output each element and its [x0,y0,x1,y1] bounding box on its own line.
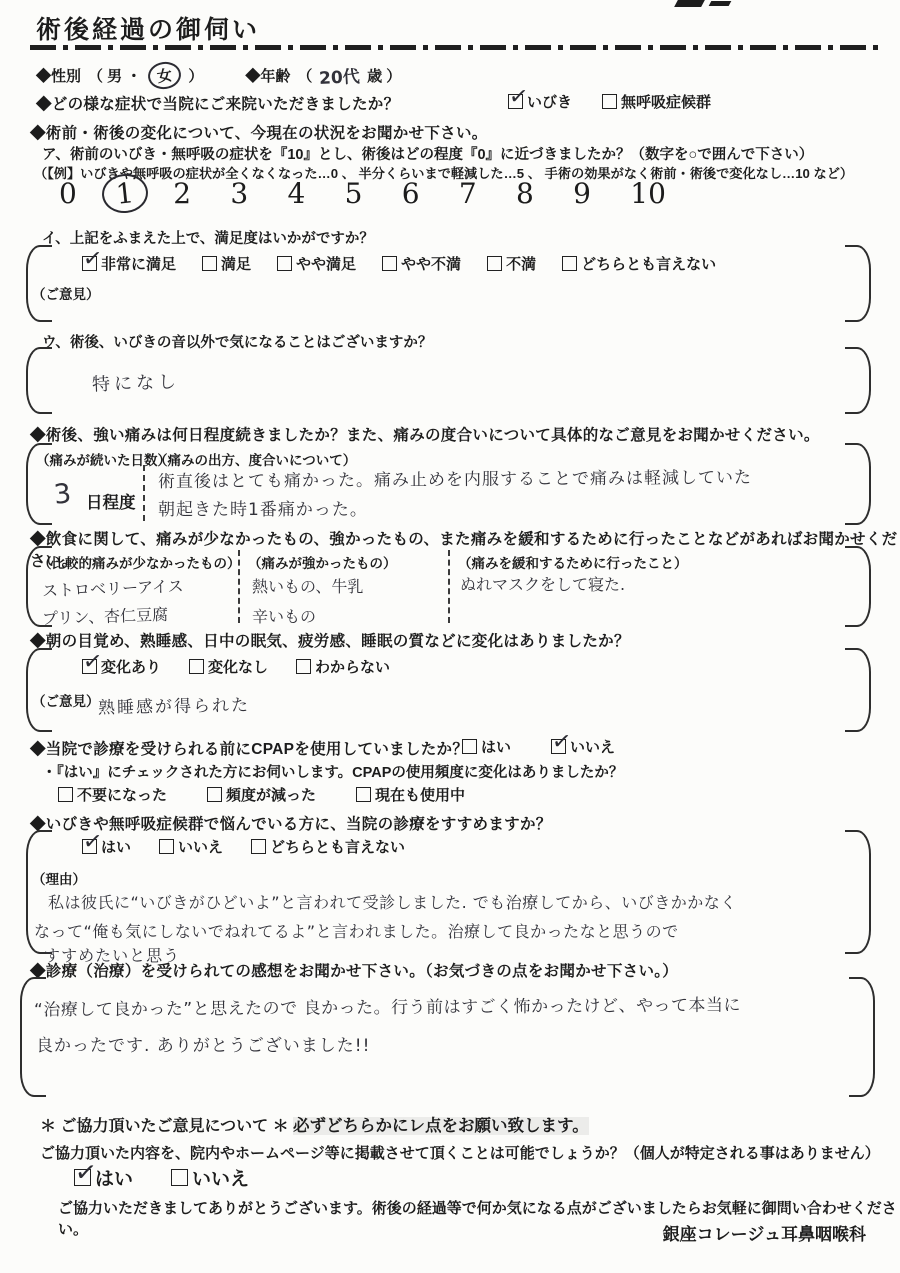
comment-label: （ご意見） [32,690,100,710]
checkbox-label: 満足 [221,253,251,274]
food-divider-2 [448,550,450,623]
checkbox-susume-hai[interactable]: はい [82,836,131,857]
cpap-followup: ・『はい』にチェックされた方にお伺いします。CPAPの使用頻度に変化はありました… [42,761,623,782]
food-col1-line1: ストロベリーアイス [42,574,184,602]
checkbox-dochira-tomo[interactable]: どちらとも言えない [562,253,716,274]
checkbox-label: はい [95,1164,133,1191]
checkbox-manzoku[interactable]: 満足 [202,253,251,274]
checkbox-cpap-iie[interactable]: いいえ [551,736,615,757]
checkbox-henka-ari[interactable]: 変化あり [82,656,161,677]
recommend-reason-line1: 私は彼氏に“いびきがひどいよ”と言われて受診しました. でも治療してから、いびき… [48,890,737,913]
checkbox-susume-dochira[interactable]: どちらとも言えない [251,836,405,857]
checkbox-label: どちらとも言えない [270,836,405,857]
scale-6[interactable]: 6 [398,177,424,210]
scale-10[interactable]: 10 [626,177,670,210]
checkbox-label: 現在も使用中 [375,784,465,805]
checkbox-keisai-hai[interactable]: はい [74,1164,133,1191]
checkbox-icon [296,659,311,674]
checkbox-label: いいえ [178,836,223,857]
checkbox-hijou-ni-manzoku[interactable]: 非常に満足 [82,253,176,274]
checkbox-genzai-shiyou[interactable]: 現在も使用中 [356,784,465,805]
recommend-reason-line2: なって“俺も気にしないでねれてるよ”と言われました。治療して良かったなと思うので [34,919,679,942]
checkbox-label: 非常に満足 [101,253,176,274]
food-box: （比較的痛みが少なかったもの） （痛みが強かったもの） （痛みを緩和するために行… [26,546,871,627]
checkbox-label: どちらとも言えない [581,253,716,274]
change-heading: ◆術前・術後の変化について、今現在の状況をお聞かせ下さい。 [30,121,488,143]
scale-5[interactable]: 5 [341,177,367,210]
gender-selected-circle[interactable]: 女 [147,60,183,91]
scale-0[interactable]: 0 [55,177,81,210]
consent-question: ご協力頂いた内容を、院内やホームページ等に掲載させて頂くことは可能でしょうか？（… [40,1142,880,1163]
checkbox-icon [202,256,217,271]
scale-4[interactable]: 4 [284,177,310,210]
checkbox-icon [159,839,174,854]
gender-options-pre: （ 男 ・ [88,65,141,86]
comment-label: （ご意見） [32,283,100,303]
checkbox-icon [171,1169,188,1186]
profile-row: ◆性別 （ 男 ・ 女 ） ◆年齢 （ 20代 歳 ） [36,62,401,89]
page-title: 術後経過の御伺い [36,10,260,46]
checkbox-cpap-hai[interactable]: はい [462,736,511,757]
food-col2-line1: 熱いもの、牛乳 [252,574,363,597]
scan-artifact [674,0,705,7]
pain-days-unit: 日程度 [86,489,136,513]
scale-8[interactable]: 8 [512,177,538,210]
checkbox-ibiki[interactable]: いびき [508,91,572,112]
checkbox-yaya-fuman[interactable]: やや不満 [382,253,461,274]
checkbox-icon [356,787,371,802]
pain-box: （痛みが続いた日数） （痛みの出方、度合いについて） 3 日程度 術直後はとても… [26,443,871,525]
clinic-name: 銀座コレージュ耳鼻咽喉科 [663,1220,866,1245]
checkbox-icon [82,256,97,271]
impression-line1: “治療して良かった”と思えたので 良かった。行う前はすごく怖かったけど、やって本… [34,991,741,1021]
checkbox-yaya-manzoku[interactable]: やや満足 [277,253,356,274]
cpap-options: はい いいえ [462,736,615,757]
checkbox-mukokyu[interactable]: 無呼吸症候群 [602,91,711,112]
checkbox-label: 無呼吸症候群 [621,91,711,112]
checkbox-icon [508,94,523,109]
checkbox-label: はい [481,736,511,757]
scale-3[interactable]: 3 [226,177,252,210]
checkbox-label: 変化なし [208,656,268,677]
recommend-options: はい いいえ どちらとも言えない [82,836,405,857]
age-paren-open: （ [297,65,312,86]
checkbox-keisai-iie[interactable]: いいえ [171,1164,249,1191]
scale-7[interactable]: 7 [455,177,481,210]
title-divider [30,45,880,50]
symptom-options: いびき 無呼吸症候群 [508,91,711,112]
checkbox-icon [277,256,292,271]
food-col3-line1: ぬれマスクをして寝た. [460,572,625,595]
food-col1-line2: プリン、杏仁豆腐 [42,602,169,629]
checkbox-label: 不要になった [77,784,167,805]
impression-line2: 良かったです. ありがとうございました!! [36,1031,370,1056]
checkbox-label: やや満足 [296,253,356,274]
other-concerns-box: 特になし [26,347,871,414]
scan-artifact [709,1,732,6]
checkbox-susume-iie[interactable]: いいえ [159,836,223,857]
symptom-question: ◆どの様な症状で当院にご来院いただきましたか？ [36,92,399,114]
checkbox-icon [462,739,477,754]
food-col1-label: （比較的痛みが少なかったもの） [38,552,241,572]
scale-1-circled[interactable]: 1 [100,172,150,216]
checkbox-label: 不満 [506,253,536,274]
gender-label: ◆性別 [36,65,81,86]
checkbox-icon [82,839,97,854]
checkbox-label: 変化あり [101,656,161,677]
pain-detail-line1: 術直後はとても痛かった。痛み止めを内服することで痛みは軽減していた [158,463,752,492]
checkbox-fuman[interactable]: 不満 [487,253,536,274]
impression-box: “治療して良かった”と思えたので 良かった。行う前はすごく怖かったけど、やって本… [20,977,875,1097]
sleep-options: 変化あり 変化なし わからない [82,656,390,677]
pain-divider [143,465,145,521]
gender-options-post: ） [188,65,203,86]
checkbox-icon [207,787,222,802]
checkbox-icon [189,659,204,674]
sleep-box: 変化あり 変化なし わからない （ご意見） 熟睡感が得られた [26,648,871,732]
consent-heading: ＊ ご協力頂いたご意見について ＊ 必ずどちらかにレ点をお願い致します。 [40,1112,589,1136]
scale-9[interactable]: 9 [569,177,595,210]
other-concerns-answer: 特になし [92,367,181,396]
recommend-box: はい いいえ どちらとも言えない （理由） 私は彼氏に“いびきがひどいよ”と言わ… [26,830,871,954]
checkbox-icon [251,839,266,854]
consent-heading-pre: ＊ ご協力頂いたご意見について ＊ [40,1118,289,1135]
consent-options: はい いいえ [74,1164,249,1191]
pain-heading: ◆術後、強い痛みは何日程度続きましたか？また、痛みの度合いについて具体的なご意見… [30,423,820,445]
pain-detail-line2: 朝起きた時1番痛かった。 [158,495,368,520]
checkbox-label: はい [101,836,131,857]
checkbox-label: 頻度が減った [226,784,316,805]
checkbox-fuyou[interactable]: 不要になった [58,784,167,805]
pain-days-value: 3 [52,478,72,511]
food-col2-label: （痛みが強かったもの） [248,552,397,572]
satisfaction-options: 非常に満足 満足 やや満足 やや不満 不満 どちらとも言えない [82,253,716,274]
age-handwritten-value: 20代 [319,62,361,89]
cpap-followup-options: 不要になった 頻度が減った 現在も使用中 [58,784,465,805]
checkbox-icon [82,659,97,674]
checkbox-icon [58,787,73,802]
age-paren-close: 歳 ） [367,65,401,86]
checkbox-label: いいえ [192,1164,249,1191]
age-label: ◆年齢 [245,65,290,86]
pain-days-label: （痛みが続いた日数） [36,449,171,469]
checkbox-icon [602,94,617,109]
checkbox-hindo-hetta[interactable]: 頻度が減った [207,784,316,805]
checkbox-icon [74,1169,91,1186]
checkbox-icon [551,739,566,754]
checkbox-icon [562,256,577,271]
questionnaire-sheet: 術後経過の御伺い ◆性別 （ 男 ・ 女 ） ◆年齢 （ 20代 歳 ） ◆どの… [0,0,900,1273]
pain-scale: 0 1 2 3 4 5 6 7 8 9 10 [55,177,670,210]
checkbox-label: わからない [315,656,390,677]
change-sub-a-label: ア、術前のいびき・無呼吸の症状を『10』とし、術後はどの程度『0』に近づきました… [42,143,813,164]
cpap-question: ◆当院で診療を受けられる前にCPAPを使用していましたか？ [30,737,468,759]
checkbox-icon [487,256,502,271]
checkbox-wakaranai[interactable]: わからない [296,656,390,677]
food-col3-label: （痛みを緩和するために行ったこと） [458,552,688,572]
checkbox-label: いいえ [570,736,615,757]
checkbox-label: いびき [527,91,572,112]
consent-heading-bold: 必ずどちらかにレ点をお願い致します。 [293,1117,589,1135]
sleep-comment: 熟睡感が得られた [98,691,250,719]
checkbox-henka-nashi[interactable]: 変化なし [189,656,268,677]
reason-label: （理由） [32,868,86,888]
satisfaction-box: 非常に満足 満足 やや満足 やや不満 不満 どちらとも言えない [26,245,871,322]
checkbox-icon [382,256,397,271]
food-col2-line2: 辛いもの [252,604,316,627]
checkbox-label: やや不満 [401,253,461,274]
scale-2[interactable]: 2 [169,177,195,210]
